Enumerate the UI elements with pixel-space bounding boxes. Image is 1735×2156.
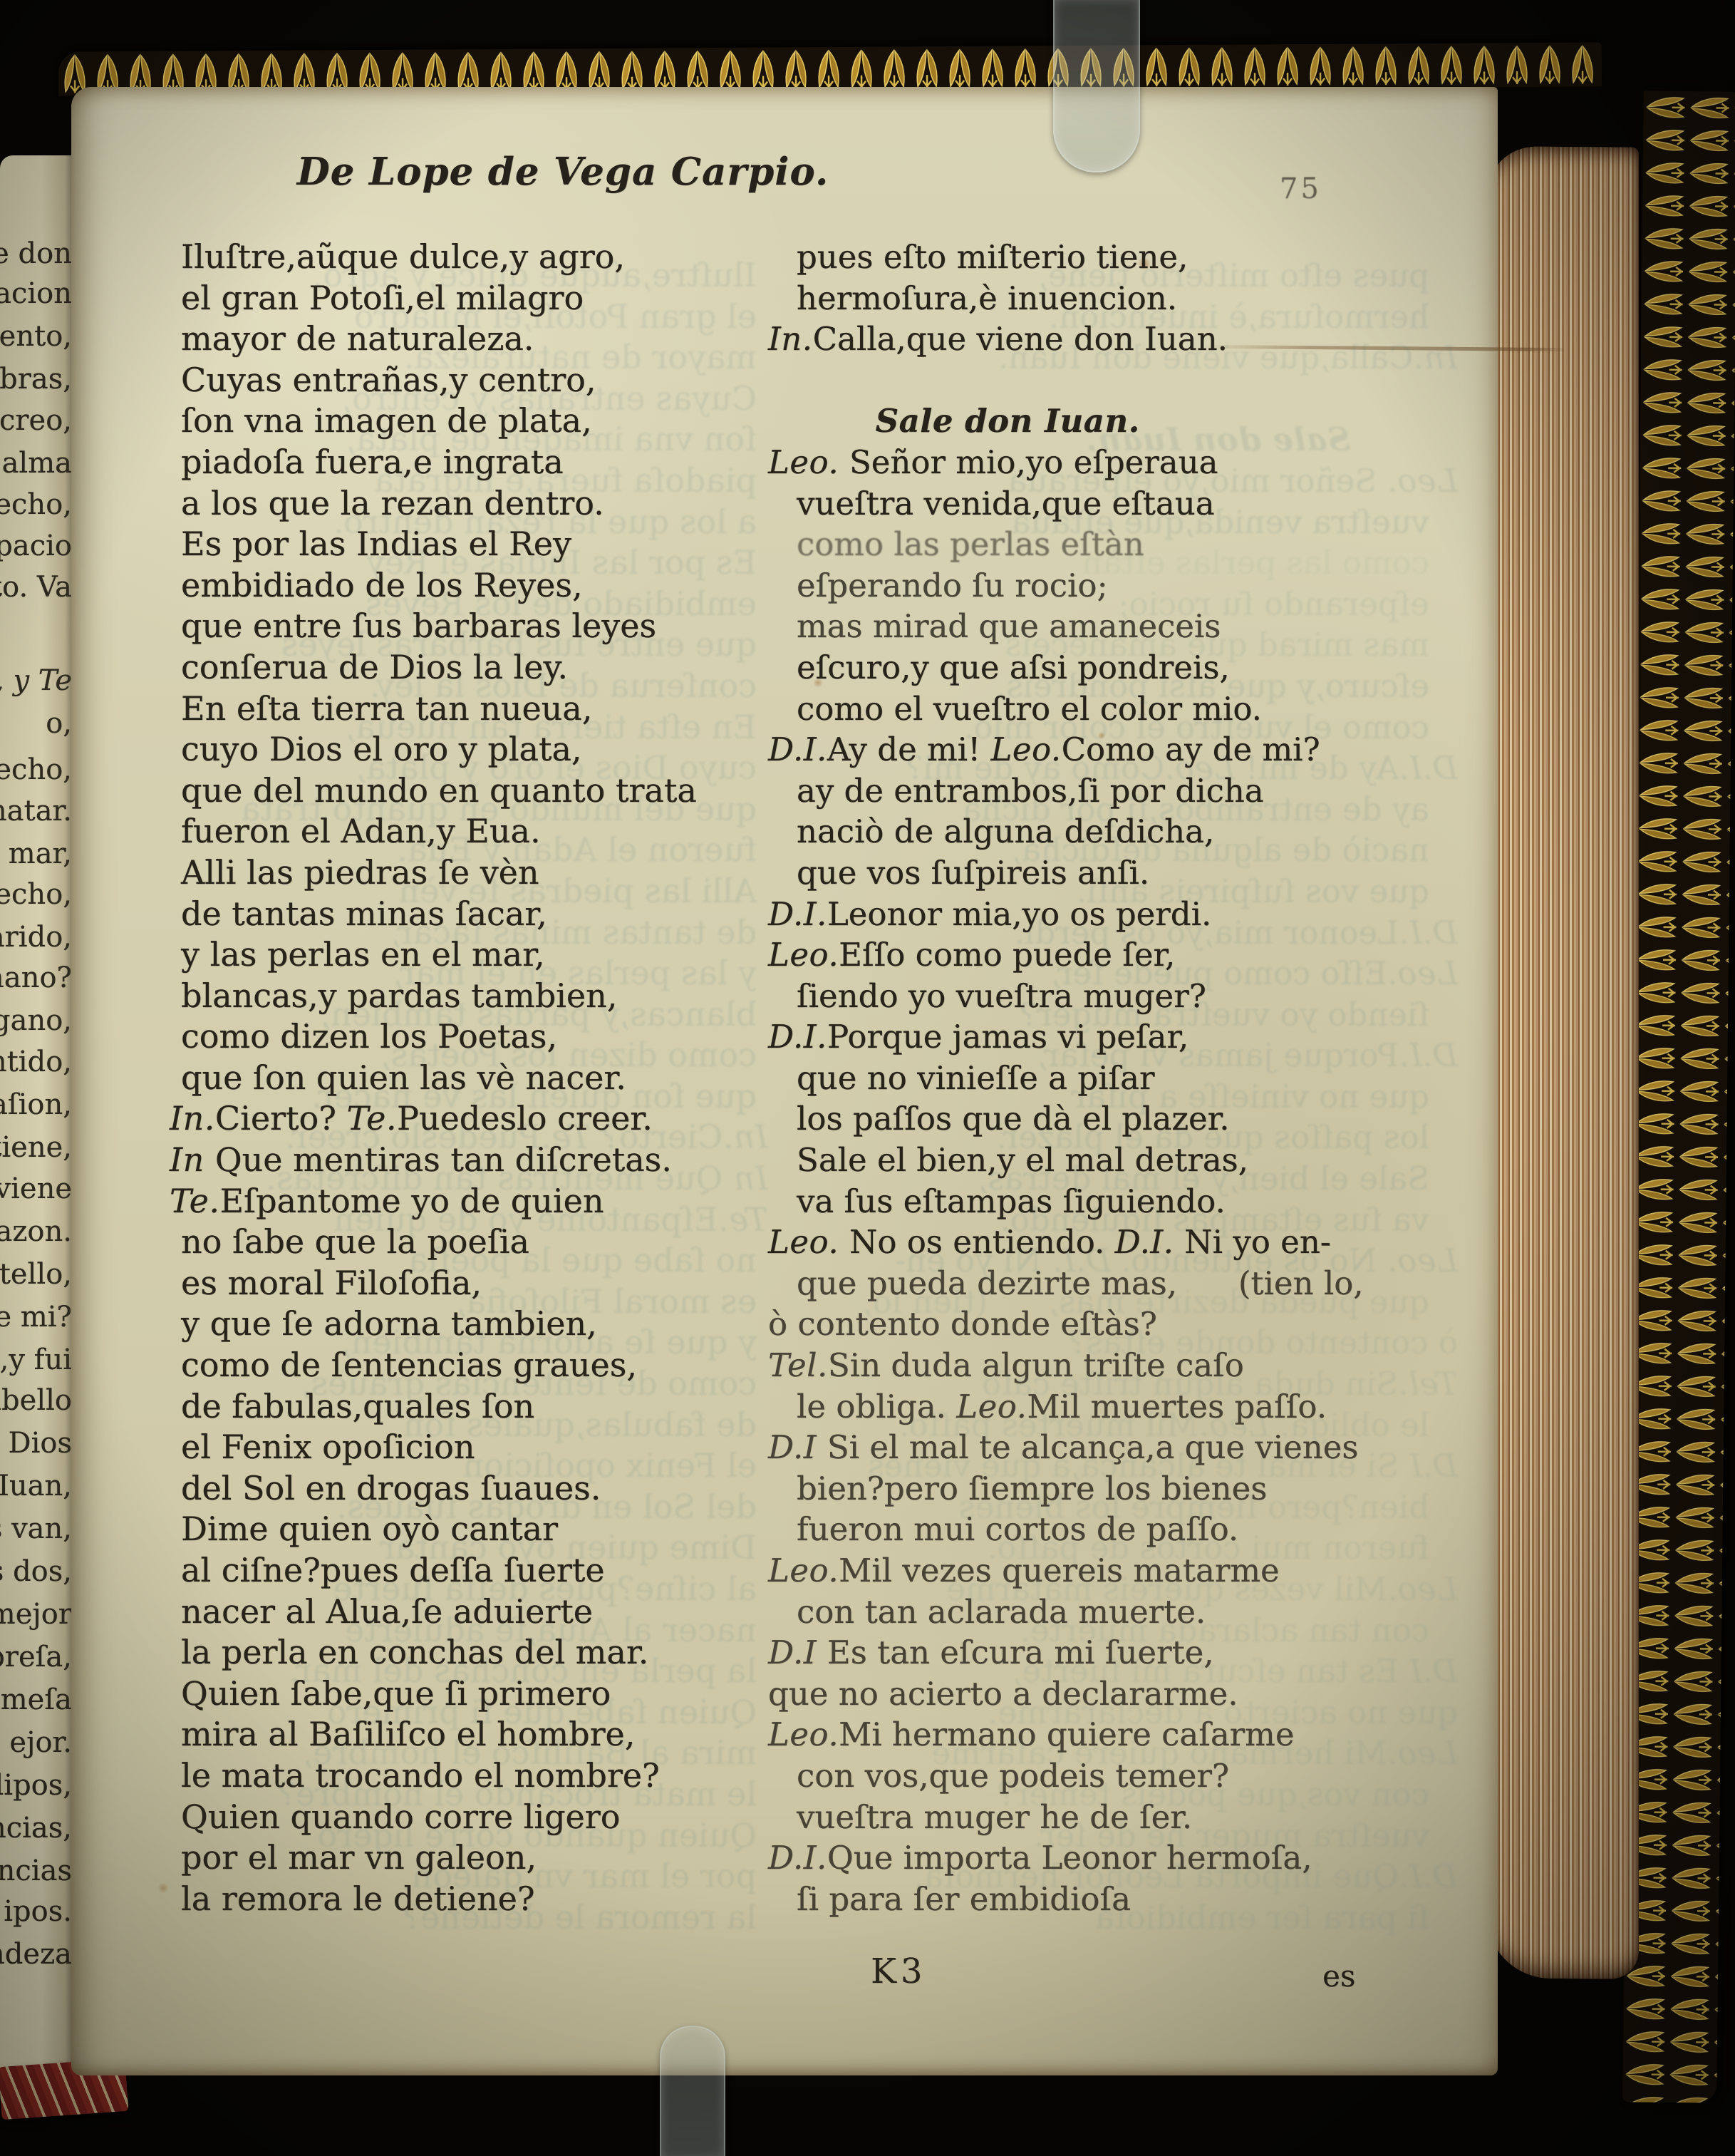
verse-text: del Sol en drogas ſuaues. (181, 1469, 601, 1507)
verse-line: Es por las Indias el Rey (170, 524, 744, 565)
speaker-label: D.I. (1115, 1223, 1185, 1261)
speaker-label: Leo. (990, 731, 1061, 768)
verse-line: le obliga. Leo.Mil muertes paſſo. (768, 1386, 1434, 1428)
speaker-label: Leo. (956, 1388, 1027, 1425)
verse-line: blancas,y pardas tambien, (170, 976, 744, 1017)
verse-line: que no acierto a declararme. (768, 1673, 1434, 1715)
margin-fragment: inacion (0, 279, 72, 308)
verse-text: Ni yo en- (1184, 1223, 1331, 1261)
verse-text: Calla,que viene don Iuan. (813, 320, 1228, 358)
verse-line: ſon vna imagen de plata, (170, 401, 744, 442)
verse-text: Cierto? (215, 1099, 347, 1138)
verse-line: va ſus eſtampas ſiguiendo. (768, 1181, 1434, 1222)
verse-text: le obliga. (797, 1388, 956, 1425)
column-right: pues eſto miſterio tiene,hermoſura,è inu… (768, 237, 1434, 1919)
verse-line: y que ſe adorna tambien, (170, 1304, 744, 1345)
margin-fragment: mejor (0, 1600, 72, 1629)
verse-text: el gran Potoſi,el milagro (181, 279, 584, 317)
verse-text: nacer al Alua,ſe aduierte (181, 1592, 593, 1631)
verse-line: Leo.Eſſo como puede ſer, (768, 934, 1434, 976)
verse-line: de tantas minas ſacar, (170, 894, 744, 935)
verse-line: ò contento donde eſtàs? (768, 1304, 1434, 1345)
verse-text: Dime quien oyò cantar (181, 1510, 558, 1548)
verse-text: fueron mui cortos de paſſo. (797, 1510, 1238, 1548)
margin-fragment: hilipos, (0, 1771, 72, 1800)
verse-text: Eſpantome yo de quien (219, 1182, 604, 1220)
verse-line: Leo. No os entiendo. D.I. Ni yo en- (768, 1222, 1434, 1263)
verse-text: Quien quando corre ligero (181, 1797, 620, 1836)
verse-line: mas mirad que amaneceis (768, 606, 1434, 647)
page-number: 75 (1280, 172, 1322, 205)
verse-text: Leonor mia,yo os perdi. (827, 895, 1211, 933)
verse-line: que entre ſus barbaras leyes (170, 606, 744, 647)
verse-line: embidiado de los Reyes, (170, 565, 744, 607)
verse-line: Quien ſabe,que ſi primero (170, 1673, 744, 1715)
verse-text: eſperando ſu rocio; (797, 567, 1108, 604)
verse-text: con vos,que podeis temer? (797, 1757, 1229, 1795)
verse-line: que del mundo en quanto trata (170, 770, 744, 812)
verse-line: y las perlas en el mar, (170, 934, 744, 976)
margin-fragment: mi marido, (0, 923, 72, 951)
verse-line: Cuyas entrañas,y centro, (170, 360, 744, 401)
margin-fragment: lli me viene (0, 1175, 72, 1203)
verse-text: a los que la rezan dentro. (181, 484, 604, 522)
verse-text: con tan aclarada muerte. (797, 1593, 1206, 1631)
verse-line: D.I.Porque jamas vi peſar, (768, 1016, 1434, 1058)
verse-line: como dizen los Poetas, (170, 1016, 744, 1058)
verse-line: no ſabe que la poeſia (170, 1222, 744, 1263)
book-photo: l. Vete doninacionecimiento,tar palabras… (0, 0, 1735, 2156)
verse-line: como de ſentencias graues, (170, 1345, 744, 1386)
verse-text: de fabulas,quales ſon (181, 1387, 534, 1425)
verse-line: In.Calla,que viene don Iuan. (768, 319, 1434, 360)
speaker-label: Tel. (768, 1346, 828, 1384)
verse-text: por el mar vn galeon, (181, 1838, 537, 1877)
verse-line: le mata trocando el nombre? (170, 1755, 744, 1797)
margin-fragment: ejor. (9, 1728, 72, 1757)
verse-line: ſi para ſer embidioſa (768, 1879, 1434, 1920)
margin-fragment: no,y fui (0, 1346, 72, 1374)
verse-text: como las perlas eſtàn (797, 525, 1144, 563)
verse-line: la perla en conchas del mar. (170, 1632, 744, 1673)
signature-mark: K3 (871, 1951, 926, 1991)
verse-text: Mi hermano quiere caſarme (839, 1716, 1294, 1753)
margin-fragment: Dios (9, 1429, 72, 1458)
margin-fragment: creo, (0, 406, 72, 435)
verse-line: al ciſne?pues deſſa ſuerte (170, 1550, 744, 1592)
verse-line: Alli las piedras ſe vèn (170, 852, 744, 894)
mount-tab-top (1053, 0, 1140, 172)
stage-direction: Sale don Iuan. (768, 401, 1247, 442)
verse-text: vueſtra muger he de ſer. (797, 1798, 1192, 1836)
catchword: es (1322, 1959, 1355, 1993)
verse-text: hermoſura,è inuencion. (797, 279, 1177, 317)
margin-fragment: tar palabras, (0, 365, 72, 393)
margin-fragment: de eſpacio (0, 532, 72, 560)
speaker-label: Leo. (768, 1552, 839, 1589)
verse-text: no ſabe que la poeſia (181, 1222, 529, 1261)
verse-text: es moral Filoſofia, (181, 1264, 482, 1302)
verse-text: Cuyas entrañas,y centro, (181, 361, 596, 399)
verse-text: naciò de alguna deſdicha, (797, 813, 1214, 850)
verse-line: Te.Eſpantome yo de quien (170, 1181, 744, 1222)
verse-line: Tel.Sin duda algun triſte caſo (768, 1345, 1434, 1386)
verse-line: del Sol en drogas ſuaues. (170, 1468, 744, 1510)
verse-text: fueron el Adan,y Eua. (181, 812, 541, 850)
verse-line: In Que mentiras tan diſcretas. (170, 1140, 744, 1181)
verse-line: Leo. Señor mio,yo eſperaua (768, 442, 1434, 483)
verse-text: ay de entrambos,ſi por dicha (797, 772, 1264, 810)
verse-line: D.I.Que importa Leonor hermoſa, (768, 1837, 1434, 1879)
verse-line: la remora le detiene? (170, 1879, 744, 1920)
margin-fragment: enſa de mi? (0, 1303, 72, 1331)
verse-text: Iluſtre,aũque dulce,y agro, (181, 237, 625, 276)
column-left: Iluſtre,aũque dulce,y agro,el gran Potoſ… (170, 237, 744, 1919)
verse-line: D.I Si el mal te alcança,a que vienes (768, 1427, 1434, 1468)
speaker-label: In (170, 1140, 215, 1179)
margin-fragment: be en el pecho, (0, 755, 72, 784)
verse-text: Porque jamas vi peſar, (827, 1018, 1188, 1056)
speaker-label: In. (768, 320, 813, 358)
verse-line: Sale el bien,y el mal detras, (768, 1140, 1434, 1181)
margin-fragment: que ſiento. Va (0, 573, 72, 602)
verse-text: mira al Baſiliſco el hombre, (181, 1715, 635, 1753)
verse-text: que no vinieſſe a piſar (797, 1059, 1155, 1097)
verse-text: la perla en conchas del mar. (181, 1633, 648, 1671)
verse-text: y que ſe adorna tambien, (181, 1304, 597, 1343)
verse-line: mira al Baſiliſco el hombre, (170, 1714, 744, 1755)
verse-line: D.I.Ay de mi! Leo.Como ay de mi? (768, 729, 1434, 770)
speaker-label: Leo. (768, 1223, 849, 1261)
verse-text: eſcuro,y que aſsi pondreis, (797, 649, 1230, 686)
verse-text: pues eſto miſterio tiene, (797, 238, 1188, 276)
verse-line: de fabulas,quales ſon (170, 1386, 744, 1428)
verse-text: como dizen los Poetas, (181, 1017, 557, 1056)
verse-text: que del mundo en quanto trata (181, 771, 697, 810)
verse-text: ſiendo yo vueſtra muger? (797, 977, 1206, 1015)
margin-fragment: a de matar. (0, 797, 72, 825)
margin-fragment: ellos van, (0, 1515, 72, 1543)
verse-line: que no vinieſſe a piſar (768, 1058, 1434, 1099)
verse-text: vueſtra venida,que eſtaua (797, 485, 1215, 522)
margin-fragment: tello, (0, 1260, 72, 1289)
margin-fragment: ompetencias (0, 1857, 72, 1885)
verse-line: Leo.Mil vezes quereis matarme (768, 1550, 1434, 1592)
verse-line: pues eſto miſterio tiene, (768, 237, 1434, 278)
verse-text: Que importa Leonor hermoſa, (827, 1839, 1312, 1877)
verse-text: los paſſos que dà el plazer. (797, 1100, 1230, 1138)
verse-line: a los que la rezan dentro. (170, 483, 744, 525)
verse-line: bien?pero ſiempre los bienes (768, 1468, 1434, 1510)
verse-line: naciò de alguna deſdicha, (768, 811, 1434, 852)
mount-tab-bottom (660, 2026, 725, 2156)
verse-text: ò contento donde eſtàs? (768, 1305, 1157, 1343)
margin-fragment: bien que gano, (0, 1006, 72, 1035)
verse-line: ay de entrambos,ſi por dicha (768, 770, 1434, 812)
facing-page-edge: l. Vete doninacionecimiento,tar palabras… (0, 155, 76, 2074)
verse-text: la remora le detiene? (181, 1879, 534, 1918)
verse-line: es moral Filoſofia, (170, 1263, 744, 1304)
margin-fragment: ecimiento, (0, 322, 72, 351)
verse-line: por el mar vn galeon, (170, 1837, 744, 1879)
verse-text: Mil muertes paſſo. (1027, 1388, 1327, 1425)
verse-text: mas mirad que amaneceis (797, 607, 1221, 645)
verse-line: fueron mui cortos de paſſo. (768, 1509, 1434, 1550)
margin-fragment: tu pecho, (0, 490, 72, 519)
margin-fragment: a Iuan, (0, 1472, 72, 1500)
verse-text: y las perlas en el mar, (181, 935, 545, 974)
verse-text: bien?pero ſiempre los bienes (797, 1470, 1267, 1507)
verse-line: piadoſa fuera,e ingrata (170, 442, 744, 483)
margin-fragment: los dos, (0, 1557, 72, 1586)
verse-line: el gran Potoſi,el milagro (170, 278, 744, 319)
verse-text: que pueda dezirte mas, (tien lo, (797, 1264, 1364, 1302)
foxing-spot (157, 1883, 170, 1893)
verse-text: va ſus eſtampas ſiguiendo. (797, 1182, 1226, 1220)
verse-line: como el vueſtro el color mio. (768, 688, 1434, 730)
verse-text: conſerua de Dios la ley. (181, 648, 568, 686)
speaker-label: Sale don Iuan. (876, 402, 1140, 440)
margin-fragment: pues mi alma (0, 449, 72, 478)
verse-text: el Fenix opoſicion (181, 1428, 475, 1466)
verse-text: mayor de naturaleza. (181, 319, 534, 358)
verse-text: Alli las piedras ſe vèn (181, 853, 539, 892)
verse-line: que pueda dezirte mas, (tien lo, (768, 1263, 1434, 1304)
column-left-lines: Iluſtre,aũque dulce,y agro,el gran Potoſ… (170, 237, 744, 1919)
speaker-label: In. (170, 1099, 215, 1138)
margin-fragment: Ines , y Te (0, 666, 72, 695)
speaker-label: Leo. (768, 936, 839, 974)
verse-line: fueron el Adan,y Eua. (170, 811, 744, 852)
verse-text: Sale el bien,y el mal detras, (797, 1141, 1248, 1179)
margin-fragment: e al cabello (0, 1386, 72, 1415)
verse-line: con vos,que podeis temer? (768, 1755, 1434, 1797)
verse-line: Iluſtre,aũque dulce,y agro, (170, 237, 744, 278)
verse-line: En eſta tierra tan nueua, (170, 688, 744, 730)
verse-text: Como ay de mi? (1062, 731, 1320, 768)
margin-fragment: alencias, (0, 1814, 72, 1842)
verse-line: vueſtra muger he de ſer. (768, 1797, 1434, 1838)
speaker-label: D.I. (768, 895, 827, 933)
verse-text: Eſſo como puede ſer, (839, 936, 1175, 974)
verse-line: los paſſos que dà el plazer. (768, 1098, 1434, 1140)
verse-line: eſperando ſu rocio; (768, 565, 1434, 607)
margin-fragment: do el ſentido, (0, 1048, 72, 1076)
margin-fragment: ar con ſer mar, (0, 840, 72, 868)
verse-line: ſiendo yo vueſtra muger? (768, 976, 1434, 1017)
verse-line: eſcuro,y que aſsi pondreis, (768, 647, 1434, 688)
verse-line: In.Cierto? Te.Puedeslo creer. (170, 1098, 744, 1140)
margin-fragment: uan le tiene, (0, 1133, 72, 1162)
verse-line: D.I.Leonor mia,yo os perdi. (768, 894, 1434, 935)
margin-fragment: a empreſa, (0, 1643, 72, 1671)
margin-fragment: l. Vete don (0, 239, 72, 268)
verse-line: mayor de naturaleza. (170, 319, 744, 360)
column-right-lines: pues eſto miſterio tiene,hermoſura,è inu… (768, 237, 1434, 1919)
verse-text: que ſon quien las vè nacer. (181, 1058, 626, 1097)
verse-text: de tantas minas ſacar, (181, 894, 547, 933)
margin-fragment: razon. (0, 1217, 72, 1246)
speaker-label: Leo. (768, 443, 849, 481)
speaker-label: D.I. (768, 1839, 827, 1877)
verse-text: piadoſa fuera,e ingrata (181, 443, 564, 481)
margin-fragment: i hermano? (0, 964, 72, 992)
verse-text: le mata trocando el nombre? (181, 1756, 660, 1795)
speaker-label: Leo. (768, 1716, 839, 1753)
verse-line: que ſon quien las vè nacer. (170, 1058, 744, 1099)
margin-fragment: recho, (0, 880, 72, 909)
verse-line: D.I Es tan eſcura mi ſuerte, (768, 1632, 1434, 1673)
verse-text: Que mentiras tan diſcretas. (215, 1140, 672, 1179)
verse-text: Es tan eſcura mi ſuerte, (827, 1634, 1214, 1671)
verse-line: que vos ſuſpireis anſi. (768, 852, 1434, 894)
verse-text: En eſta tierra tan nueua, (181, 689, 592, 728)
speaker-label: D.I (768, 1634, 827, 1671)
verse-text: blancas,y pardas tambien, (181, 976, 617, 1015)
speaker-label: Te. (347, 1099, 397, 1138)
speaker-label: D.I. (768, 1018, 827, 1056)
fore-edge-pages (1486, 146, 1639, 1979)
verse-line: con tan aclarada muerte. (768, 1592, 1434, 1633)
running-title: De Lope de Vega Carpio. (285, 150, 841, 194)
margin-fragment: ipos. (4, 1897, 72, 1926)
verse-line: Leo.Mi hermano quiere caſarme (768, 1714, 1434, 1755)
speaker-label: D.I (768, 1428, 827, 1466)
verse-text: que vos ſuſpireis anſi. (797, 854, 1149, 892)
verse-text: Puedeslo creer. (397, 1099, 653, 1138)
verse-text: Mil vezes quereis matarme (839, 1552, 1280, 1589)
speaker-label: Te. (170, 1182, 219, 1220)
verse-line: el Fenix opoſicion (170, 1427, 744, 1468)
verse-text: Señor mio,yo eſperaua (849, 443, 1218, 481)
verse-text: que no acierto a declararme. (768, 1675, 1238, 1713)
verse-text: al ciſne?pues deſſa ſuerte (181, 1551, 605, 1589)
verse-text: que entre ſus barbaras leyes (181, 607, 656, 645)
margin-fragment: grandeza (0, 1940, 72, 1969)
verse-line: hermoſura,è inuencion. (768, 278, 1434, 319)
verse-text: Si el mal te alcança,a que vienes (827, 1428, 1359, 1466)
verse-line: conſerua de Dios la ley. (170, 647, 744, 688)
verse-text: No os entiendo. (849, 1223, 1115, 1261)
verse-line: Dime quien oyò cantar (170, 1509, 744, 1550)
verse-line: vueſtra venida,que eſtaua (768, 483, 1434, 525)
verse-text: Sin duda algun triſte caſo (828, 1346, 1244, 1384)
margin-fragment: o, (46, 709, 72, 738)
verse-text: como el vueſtro el color mio. (797, 690, 1262, 728)
speaker-label: D.I. (768, 731, 827, 768)
margin-fragment: aſion, (0, 1090, 72, 1119)
verse-text: ſon vna imagen de plata, (181, 401, 592, 440)
verse-line: Quien quando corre ligero (170, 1797, 744, 1838)
verse-text: ſi para ſer embidioſa (797, 1880, 1131, 1918)
verse-text: como de ſentencias graues, (181, 1346, 637, 1384)
verse-text: Quien ſabe,que ſi primero (181, 1674, 611, 1713)
margin-fragment: en la meſa (0, 1686, 72, 1714)
verse-line: como las perlas eſtàn (768, 524, 1434, 565)
verse-text: embidiado de los Reyes, (181, 566, 583, 604)
verse-line: cuyo Dios el oro y plata, (170, 729, 744, 770)
verse-text: Ay de mi! (827, 731, 991, 768)
gilt-border-right (1622, 91, 1735, 2103)
verse-text: cuyo Dios el oro y plata, (181, 730, 582, 768)
verse-text: Es por las Indias el Rey (181, 525, 571, 563)
verse-line: nacer al Alua,ſe aduierte (170, 1592, 744, 1633)
